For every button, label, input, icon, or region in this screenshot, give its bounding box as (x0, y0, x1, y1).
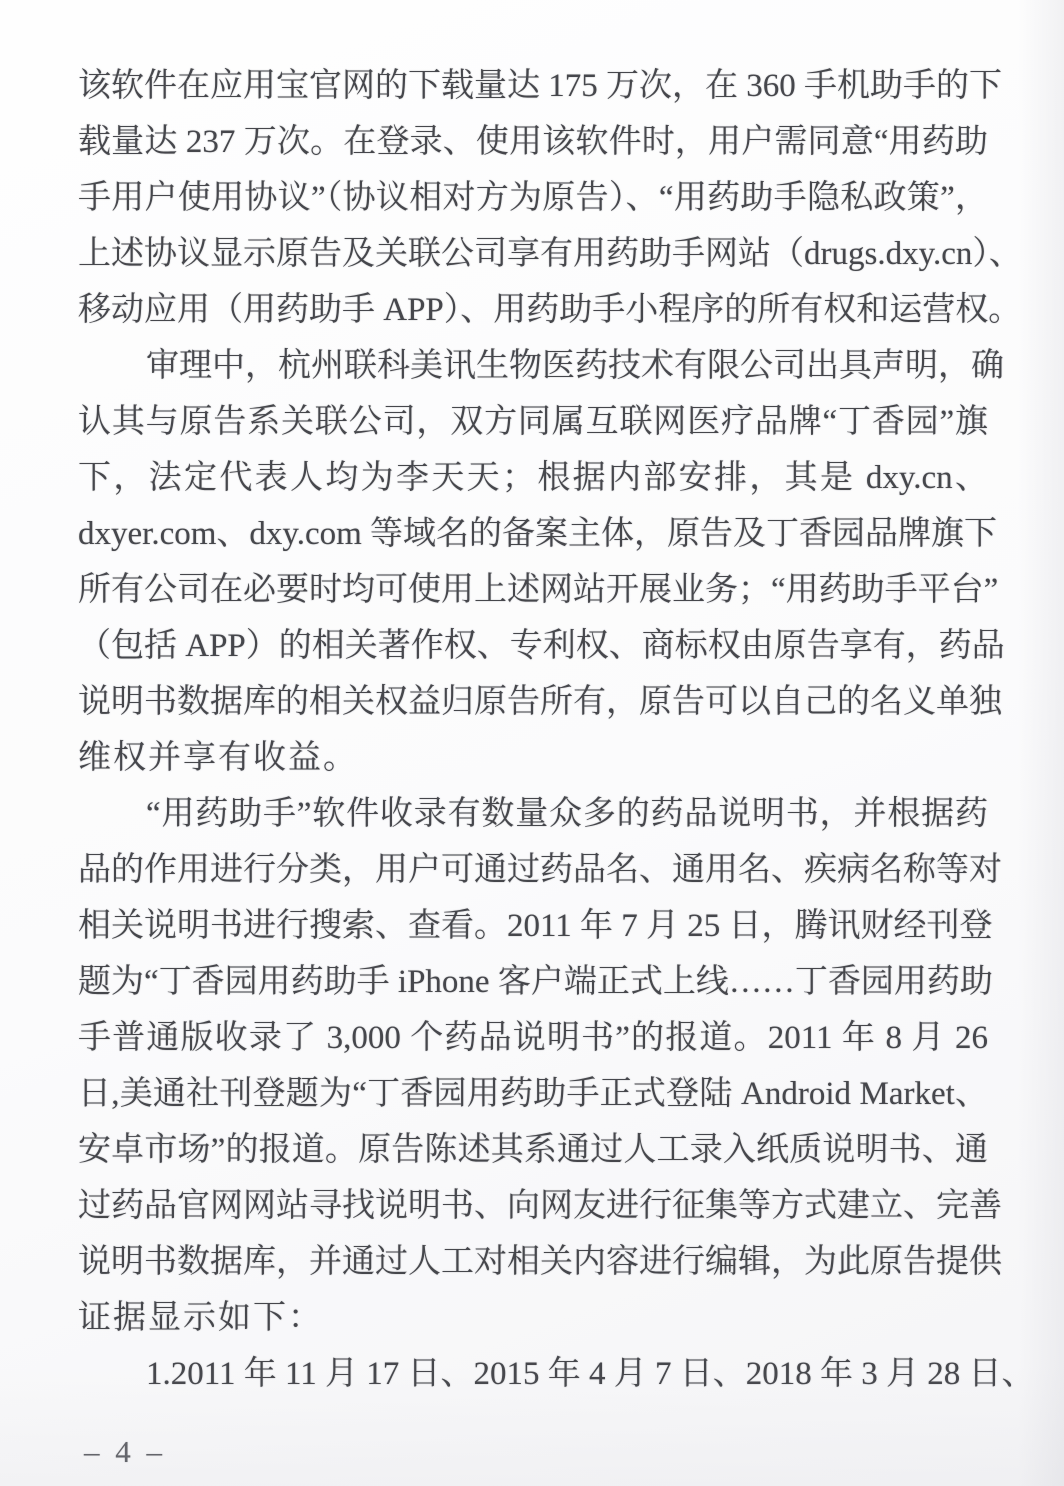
page-number-footer: – 4 – (84, 1432, 166, 1472)
text-line: 维权并享有收益。 (78, 730, 988, 786)
text-line: 所有公司在必要时均可使用上述网站开展业务；“用药助手平台” (78, 562, 988, 618)
text-line: 下，法定代表人均为李天天；根据内部安排，其是 dxy.cn、 (78, 450, 988, 506)
text-line: 该软件在应用宝官网的下载量达 175 万次，在 360 手机助手的下 (78, 58, 988, 114)
text-line: 品的作用进行分类，用户可通过药品名、通用名、疾病名称等对 (78, 842, 988, 898)
text-line: 1.2011 年 11 月 17 日、2015 年 4 月 7 日、2018 年… (78, 1346, 988, 1402)
text-line: （包括 APP）的相关著作权、专利权、商标权由原告享有，药品 (78, 618, 988, 674)
text-line: 过药品官网网站寻找说明书、向网友进行征集等方式建立、完善 (78, 1178, 988, 1234)
text-line: “用药助手”软件收录有数量众多的药品说明书，并根据药 (78, 786, 988, 842)
text-line: 上述协议显示原告及关联公司享有用药助手网站（drugs.dxy.cn）、 (78, 226, 988, 282)
text-line: 手普通版收录了 3,000 个药品说明书”的报道。2011 年 8 月 26 (78, 1010, 988, 1066)
text-line: 说明书数据库的相关权益归原告所有，原告可以自己的名义单独 (78, 674, 988, 730)
document-body: 该软件在应用宝官网的下载量达 175 万次，在 360 手机助手的下载量达 23… (78, 58, 988, 1402)
text-line: 证据显示如下： (78, 1290, 988, 1346)
text-line: 手用户使用协议”（协议相对方为原告）、“用药助手隐私政策”， (78, 170, 988, 226)
text-line: 日,美通社刊登题为“丁香园用药助手正式登陆 Android Market、 (78, 1066, 988, 1122)
scan-shading-right (1018, 0, 1064, 1486)
text-line: 安卓市场”的报道。原告陈述其系通过人工录入纸质说明书、通 (78, 1122, 988, 1178)
text-line: 移动应用（用药助手 APP）、用药助手小程序的所有权和运营权。 (78, 282, 988, 338)
text-line: 认其与原告系关联公司，双方同属互联网医疗品牌“丁香园”旗 (78, 394, 988, 450)
text-line: 说明书数据库，并通过人工对相关内容进行编辑，为此原告提供 (78, 1234, 988, 1290)
text-line: 载量达 237 万次。在登录、使用该软件时，用户需同意“用药助 (78, 114, 988, 170)
text-line: 题为“丁香园用药助手 iPhone 客户端正式上线……丁香园用药助 (78, 954, 988, 1010)
text-line: 相关说明书进行搜索、查看。2011 年 7 月 25 日，腾讯财经刊登 (78, 898, 988, 954)
scanned-document-page: 该软件在应用宝官网的下载量达 175 万次，在 360 手机助手的下载量达 23… (0, 0, 1064, 1486)
text-line: dxyer.com、dxy.com 等域名的备案主体，原告及丁香园品牌旗下 (78, 506, 988, 562)
text-line: 审理中，杭州联科美讯生物医药技术有限公司出具声明，确 (78, 338, 988, 394)
